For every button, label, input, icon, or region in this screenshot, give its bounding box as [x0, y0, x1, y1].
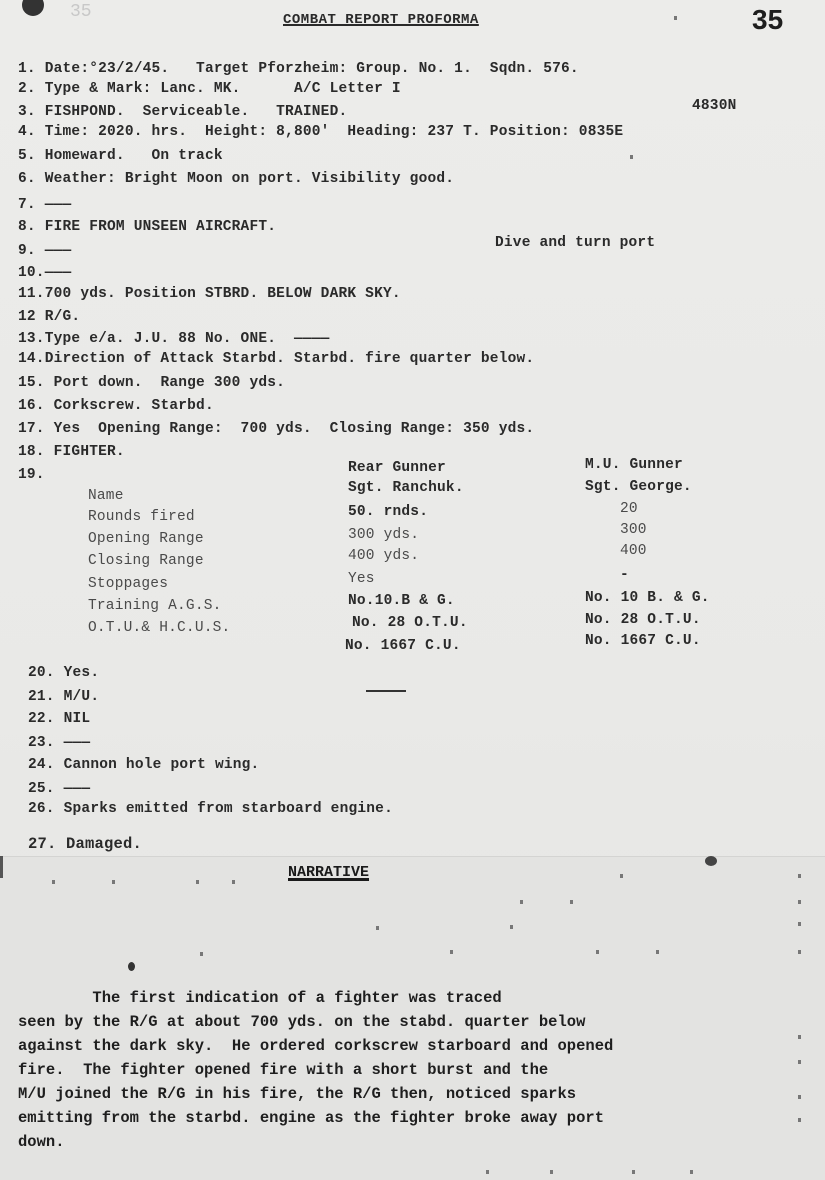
row-label: Rounds fired: [88, 508, 195, 526]
item-7: 7. ———: [18, 196, 71, 214]
rear-value: 50. rnds.: [348, 503, 428, 521]
scan-speck: [630, 155, 633, 159]
document-page: 35 COMBAT REPORT PROFORMA 35 1. Date:°23…: [0, 0, 825, 1180]
scan-speck: [450, 950, 453, 954]
item-11: 11.700 yds. Position STBRD. BELOW DARK S…: [18, 285, 401, 303]
narrative-line: against the dark sky. He ordered corkscr…: [18, 1034, 808, 1058]
item-12: 12 R/G.: [18, 308, 80, 326]
item-26: 26. Sparks emitted from starboard engine…: [28, 800, 393, 818]
row-label: Opening Range: [88, 530, 204, 548]
scan-speck: [798, 950, 801, 954]
item-14: 14.Direction of Attack Starbd. Starbd. f…: [18, 350, 534, 368]
item-1: 1. Date:°23/2/45. Target Pforzheim: Grou…: [18, 60, 579, 78]
edge-mark: [0, 856, 3, 878]
mu-value: 300: [620, 521, 647, 539]
narrative-line: fire. The fighter opened fire with a sho…: [18, 1058, 808, 1082]
narrative-line: seen by the R/G at about 700 yds. on the…: [18, 1010, 808, 1034]
rear-value: No. 1667 C.U.: [345, 637, 461, 655]
item-22: 22. NIL: [28, 710, 90, 728]
col-header-rear-gunner: Rear Gunner: [348, 459, 446, 477]
punch-hole: [22, 0, 44, 16]
item-25: 25. ———: [28, 780, 90, 798]
rear-value: No. 28 O.T.U.: [352, 614, 468, 632]
item-20: 20. Yes.: [28, 664, 99, 682]
ink-blot: [705, 856, 717, 866]
item-24: 24. Cannon hole port wing.: [28, 756, 259, 774]
item-17: 17. Yes Opening Range: 700 yds. Closing …: [18, 420, 534, 438]
col-header-mu-gunner: M.U. Gunner: [585, 456, 683, 474]
item-15: 15. Port down. Range 300 yds.: [18, 374, 285, 392]
mu-value: -: [620, 566, 629, 584]
page-number: 35: [752, 4, 783, 36]
item-9-note: Dive and turn port: [495, 234, 655, 252]
row-label: Closing Range: [88, 552, 204, 570]
mu-value: No. 1667 C.U.: [585, 632, 701, 650]
scan-speck: [196, 880, 199, 884]
scan-speck: [798, 922, 801, 926]
narrative-line: The first indication of a fighter was tr…: [18, 986, 808, 1010]
scan-speck: [798, 900, 801, 904]
scan-speck: [798, 1060, 801, 1064]
item-16: 16. Corkscrew. Starbd.: [18, 397, 214, 415]
scan-speck: [690, 1170, 693, 1174]
scan-speck: [674, 16, 677, 20]
position-latitude: 4830N: [692, 97, 737, 115]
scan-speck: [112, 880, 115, 884]
scan-speck: [52, 880, 55, 884]
scan-speck: [596, 950, 599, 954]
scan-speck: [570, 900, 573, 904]
item-27: 27. Damaged.: [28, 835, 142, 853]
scan-speck: [486, 1170, 489, 1174]
item-4: 4. Time: 2020. hrs. Height: 8,800' Headi…: [18, 123, 623, 141]
item-5: 5. Homeward. On track: [18, 147, 223, 165]
mu-value: No. 10 B. & G.: [585, 589, 710, 607]
item-21: 21. M/U.: [28, 688, 99, 706]
row-label: Stoppages: [88, 575, 168, 593]
rear-value: 400 yds.: [348, 547, 419, 565]
narrative-line: down.: [18, 1130, 808, 1154]
narrative-line: M/U joined the R/G in his fire, the R/G …: [18, 1082, 808, 1106]
mu-value: No. 28 O.T.U.: [585, 611, 701, 629]
item-9: 9. ———: [18, 242, 71, 260]
scan-speck: [376, 926, 379, 930]
mu-value: 400: [620, 542, 647, 560]
item-3: 3. FISHPOND. Serviceable. TRAINED.: [18, 103, 347, 121]
mu-value: Sgt. George.: [585, 478, 692, 496]
ink-blot: [128, 962, 135, 971]
rear-value: No.10.B & G.: [348, 592, 455, 610]
scan-speck: [798, 1035, 801, 1039]
scan-speck: [798, 1095, 801, 1099]
scan-speck: [798, 874, 801, 878]
scan-speck: [510, 925, 513, 929]
item-8: 8. FIRE FROM UNSEEN AIRCRAFT.: [18, 218, 276, 236]
scan-speck: [620, 874, 623, 878]
rear-value: 300 yds.: [348, 526, 419, 544]
scan-speck: [632, 1170, 635, 1174]
ghost-page-number: 35: [70, 2, 92, 22]
row-label: Training A.G.S.: [88, 597, 222, 615]
item-13: 13.Type e/a. J.U. 88 No. ONE. ————: [18, 330, 330, 348]
rear-value: Yes: [348, 570, 375, 588]
narrative-paragraph: The first indication of a fighter was tr…: [18, 986, 808, 1154]
row-label: O.T.U.& H.C.U.S.: [88, 619, 230, 637]
scan-speck: [656, 950, 659, 954]
mu-value: 20: [620, 500, 638, 518]
rear-value: Sgt. Ranchuk.: [348, 479, 464, 497]
row-label: Name: [88, 487, 124, 505]
item-6: 6. Weather: Bright Moon on port. Visibil…: [18, 170, 454, 188]
scan-speck: [520, 900, 523, 904]
scan-speck: [200, 952, 203, 956]
scan-speck: [232, 880, 235, 884]
document-title: COMBAT REPORT PROFORMA: [283, 12, 479, 28]
separator-dash: [366, 690, 406, 692]
item-19: 19.: [18, 466, 45, 484]
item-2: 2. Type & Mark: Lanc. MK. A/C Letter I: [18, 80, 401, 98]
narrative-line: emitting from the starbd. engine as the …: [18, 1106, 808, 1130]
scan-speck: [550, 1170, 553, 1174]
scan-speck: [798, 1118, 801, 1122]
item-10: 10.———: [18, 264, 71, 282]
item-23: 23. ———: [28, 734, 90, 752]
narrative-title: NARRATIVE: [288, 864, 369, 881]
item-18: 18. FIGHTER.: [18, 443, 125, 461]
